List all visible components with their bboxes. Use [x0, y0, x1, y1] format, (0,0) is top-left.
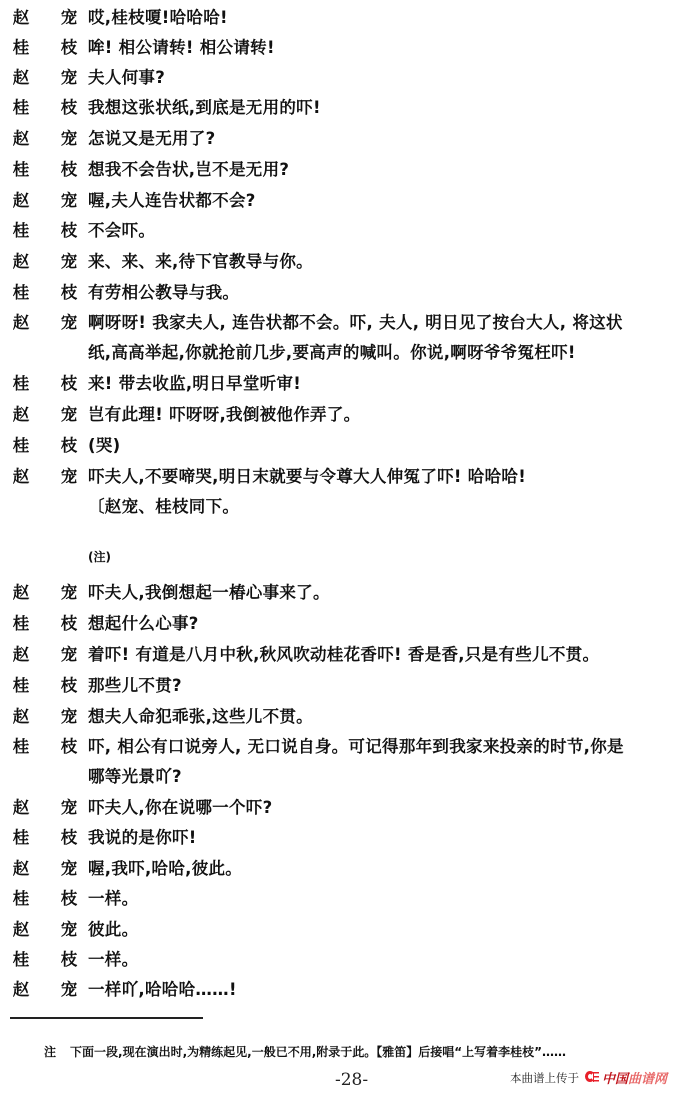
speech-text: 吓夫人,我倒想起一椿心事来了。	[88, 578, 330, 608]
speaker-char: 桂	[12, 884, 30, 914]
speaker-char: 宠	[60, 640, 78, 670]
speech-text: 想我不会告状,岂不是无用?	[88, 155, 289, 185]
dialogue-line: 赵宠岂有此理! 吓呀呀,我倒被他作弄了。	[0, 400, 700, 430]
footnote: 注下面一段,现在演出时,为精练起见,一般已不用,附录于此。【雅笛】后接唱“上写着…	[44, 1043, 566, 1060]
dialogue-line: 桂枝吓, 相公有口说旁人, 无口说自身。可记得那年到我家来投亲的时节,你是	[0, 732, 700, 762]
speaker-name: 赵宠	[12, 63, 78, 93]
speaker-name: 赵宠	[12, 915, 78, 945]
watermark-brand-part2: 曲谱网	[628, 1068, 667, 1087]
watermark-brand-part1: 中国	[602, 1068, 628, 1087]
dialogue-line: 赵宠吓夫人,不要啼哭,明日末就要与令尊大人伸冤了吓! 哈哈哈!	[0, 462, 700, 492]
speaker-name: 赵宠	[12, 975, 78, 1005]
dialogue-line: 桂枝我想这张状纸,到底是无用的吓!	[0, 93, 700, 123]
note-marker: (注)	[88, 548, 111, 565]
speaker-name: 桂枝	[12, 884, 78, 914]
speaker-char: 枝	[60, 93, 78, 123]
speech-text: 有劳相公教导与我。	[88, 278, 239, 308]
speaker-char: 宠	[60, 247, 78, 277]
speech-text: 啊呀呀! 我家夫人, 连告状都不会。吓, 夫人, 明日见了按台大人, 将这状	[88, 308, 623, 338]
speaker-char: 赵	[12, 247, 30, 277]
speaker-char: 枝	[60, 155, 78, 185]
speaker-name: 赵宠	[12, 124, 78, 154]
speaker-char: 桂	[12, 431, 30, 461]
speaker-name: 桂枝	[12, 431, 78, 461]
dialogue-line: 桂枝那些儿不贯?	[0, 671, 700, 701]
dialogue-line: 赵宠吓夫人,我倒想起一椿心事来了。	[0, 578, 700, 608]
dialogue-line: 桂枝一样。	[0, 884, 700, 914]
speaker-char: 赵	[12, 186, 30, 216]
speaker-name: 赵宠	[12, 400, 78, 430]
speaker-char: 赵	[12, 63, 30, 93]
speaker-name: 桂枝	[12, 369, 78, 399]
speaker-char: 赵	[12, 578, 30, 608]
speaker-name: 赵宠	[12, 640, 78, 670]
dialogue-line: 哪等光景吖?	[0, 762, 700, 792]
speaker-name: 桂枝	[12, 93, 78, 123]
speaker-name: 桂枝	[12, 216, 78, 246]
dialogue-line: 桂枝哞! 相公请转! 相公请转!	[0, 33, 700, 63]
speaker-char: 宠	[60, 63, 78, 93]
speaker-char: 宠	[60, 124, 78, 154]
speech-text: 哪等光景吖?	[88, 762, 182, 792]
speaker-char: 枝	[60, 216, 78, 246]
speaker-name: 赵宠	[12, 247, 78, 277]
speaker-char: 赵	[12, 462, 30, 492]
speaker-char: 宠	[60, 915, 78, 945]
speaker-char: 枝	[60, 609, 78, 639]
speaker-name: 桂枝	[12, 945, 78, 975]
speaker-name: 桂枝	[12, 609, 78, 639]
speaker-char: 桂	[12, 671, 30, 701]
speaker-char: 宠	[60, 975, 78, 1005]
speech-text: 一样。	[88, 945, 138, 975]
dialogue-line: 赵宠啊呀呀! 我家夫人, 连告状都不会。吓, 夫人, 明日见了按台大人, 将这状	[0, 308, 700, 338]
dialogue-line: 赵宠夫人何事?	[0, 63, 700, 93]
speech-text: 哎,桂枝嗄!哈哈哈!	[88, 3, 228, 33]
speaker-name: 桂枝	[12, 155, 78, 185]
speaker-char: 枝	[60, 369, 78, 399]
speech-text: 着吓! 有道是八月中秋,秋风吹动桂花香吓! 香是香,只是有些儿不贯。	[88, 640, 599, 670]
speech-text: 喔,夫人连告状都不会?	[88, 186, 256, 216]
speaker-char: 枝	[60, 945, 78, 975]
dialogue-line: 〔赵宠、桂枝同下。	[0, 492, 700, 522]
speaker-char: 枝	[60, 431, 78, 461]
speaker-char: 桂	[12, 216, 30, 246]
dialogue-line: 赵宠哎,桂枝嗄!哈哈哈!	[0, 3, 700, 33]
speech-text: 那些儿不贯?	[88, 671, 182, 701]
speech-text: 夫人何事?	[88, 63, 165, 93]
speaker-name: 赵宠	[12, 3, 78, 33]
speech-text: 吓夫人,不要啼哭,明日末就要与令尊大人伸冤了吓! 哈哈哈!	[88, 462, 526, 492]
speaker-char: 宠	[60, 3, 78, 33]
speaker-char: 枝	[60, 732, 78, 762]
speaker-char: 赵	[12, 124, 30, 154]
speech-text: 我说的是你吓!	[88, 823, 197, 853]
speech-text: 吓夫人,你在说哪一个吓?	[88, 793, 272, 823]
dialogue-line: 赵宠来、来、来,待下官教导与你。	[0, 247, 700, 277]
speaker-name: 赵宠	[12, 854, 78, 884]
speaker-char: 枝	[60, 671, 78, 701]
speech-text: 岂有此理! 吓呀呀,我倒被他作弄了。	[88, 400, 360, 430]
speech-text: 想起什么心事?	[88, 609, 199, 639]
speaker-char: 桂	[12, 945, 30, 975]
dialogue-line: 纸,高高举起,你就抢前几步,要高声的喊叫。你说,啊呀爷爷冤枉吓!	[0, 338, 700, 368]
dialogue-line: 赵宠着吓! 有道是八月中秋,秋风吹动桂花香吓! 香是香,只是有些儿不贯。	[0, 640, 700, 670]
footnote-text: 下面一段,现在演出时,为精练起见,一般已不用,附录于此。【雅笛】后接唱“上写着李…	[70, 1045, 566, 1059]
dialogue-line: 赵宠喔,我吓,哈哈,彼此。	[0, 854, 700, 884]
speaker-name: 赵宠	[12, 578, 78, 608]
speaker-char: 桂	[12, 823, 30, 853]
speech-text: 来! 带去收监,明日早堂听审!	[88, 369, 301, 399]
speaker-char: 宠	[60, 578, 78, 608]
speaker-char: 枝	[60, 823, 78, 853]
dialogue-line: 桂枝有劳相公教导与我。	[0, 278, 700, 308]
dialogue-line: 桂枝想起什么心事?	[0, 609, 700, 639]
speaker-name: 桂枝	[12, 671, 78, 701]
dialogue-line: 桂枝不会吓。	[0, 216, 700, 246]
speaker-char: 赵	[12, 308, 30, 338]
speech-text: 彼此。	[88, 915, 138, 945]
dialogue-line: 赵宠喔,夫人连告状都不会?	[0, 186, 700, 216]
watermark: 本曲谱上传于 中国曲谱网	[510, 1068, 667, 1087]
speech-text: 喔,我吓,哈哈,彼此。	[88, 854, 242, 884]
speech-text: 〔赵宠、桂枝同下。	[88, 492, 239, 522]
speech-text: 一样吖,哈哈哈……!	[88, 975, 237, 1005]
speaker-char: 枝	[60, 884, 78, 914]
speaker-name: 赵宠	[12, 702, 78, 732]
speech-text: 吓, 相公有口说旁人, 无口说自身。可记得那年到我家来投亲的时节,你是	[88, 732, 624, 762]
speaker-name: 桂枝	[12, 33, 78, 63]
speaker-char: 枝	[60, 33, 78, 63]
speaker-char: 赵	[12, 915, 30, 945]
dialogue-line: 赵宠彼此。	[0, 915, 700, 945]
speaker-char: 赵	[12, 702, 30, 732]
speaker-char: 桂	[12, 93, 30, 123]
dialogue-line: 桂枝(哭)	[0, 431, 700, 461]
speech-text: 来、来、来,待下官教导与你。	[88, 247, 313, 277]
speaker-char: 赵	[12, 854, 30, 884]
speech-text: 哞! 相公请转! 相公请转!	[88, 33, 275, 63]
speaker-char: 赵	[12, 640, 30, 670]
speaker-char: 宠	[60, 462, 78, 492]
speaker-char: 桂	[12, 369, 30, 399]
speaker-name: 桂枝	[12, 278, 78, 308]
speaker-name: 赵宠	[12, 186, 78, 216]
dialogue-line: 赵宠吓夫人,你在说哪一个吓?	[0, 793, 700, 823]
footnote-label: 注	[44, 1045, 56, 1059]
speaker-char: 赵	[12, 400, 30, 430]
speech-text: 怎说又是无用了?	[88, 124, 215, 154]
speaker-char: 桂	[12, 33, 30, 63]
music-score-logo-icon	[585, 1071, 599, 1084]
speech-text: 一样。	[88, 884, 138, 914]
speaker-name: 桂枝	[12, 732, 78, 762]
speaker-char: 宠	[60, 702, 78, 732]
dialogue-line: 赵宠想夫人命犯乖张,这些儿不贯。	[0, 702, 700, 732]
speech-text: 想夫人命犯乖张,这些儿不贯。	[88, 702, 313, 732]
dialogue-line: 桂枝我说的是你吓!	[0, 823, 700, 853]
speaker-name: 赵宠	[12, 793, 78, 823]
speech-text: (哭)	[88, 431, 120, 461]
speaker-char: 桂	[12, 732, 30, 762]
dialogue-line: 桂枝想我不会告状,岂不是无用?	[0, 155, 700, 185]
speaker-char: 枝	[60, 278, 78, 308]
speaker-char: 桂	[12, 155, 30, 185]
dialogue-line: 赵宠一样吖,哈哈哈……!	[0, 975, 700, 1005]
speaker-char: 宠	[60, 400, 78, 430]
speaker-char: 桂	[12, 278, 30, 308]
dialogue-line: 桂枝一样。	[0, 945, 700, 975]
speech-text: 不会吓。	[88, 216, 155, 246]
speaker-char: 宠	[60, 854, 78, 884]
speaker-char: 赵	[12, 3, 30, 33]
speaker-char: 宠	[60, 793, 78, 823]
speaker-char: 赵	[12, 793, 30, 823]
dialogue-line: 桂枝来! 带去收监,明日早堂听审!	[0, 369, 700, 399]
speaker-name: 桂枝	[12, 823, 78, 853]
speaker-char: 宠	[60, 308, 78, 338]
speaker-char: 桂	[12, 609, 30, 639]
page-number: -28-	[335, 1070, 368, 1090]
dialogue-line: 赵宠怎说又是无用了?	[0, 124, 700, 154]
footnote-divider	[10, 1017, 203, 1019]
speaker-name: 赵宠	[12, 308, 78, 338]
speaker-char: 赵	[12, 975, 30, 1005]
speaker-name: 赵宠	[12, 462, 78, 492]
speech-text: 我想这张状纸,到底是无用的吓!	[88, 93, 321, 123]
watermark-prefix: 本曲谱上传于	[510, 1070, 579, 1086]
speech-text: 纸,高高举起,你就抢前几步,要高声的喊叫。你说,啊呀爷爷冤枉吓!	[88, 338, 576, 368]
speaker-char: 宠	[60, 186, 78, 216]
